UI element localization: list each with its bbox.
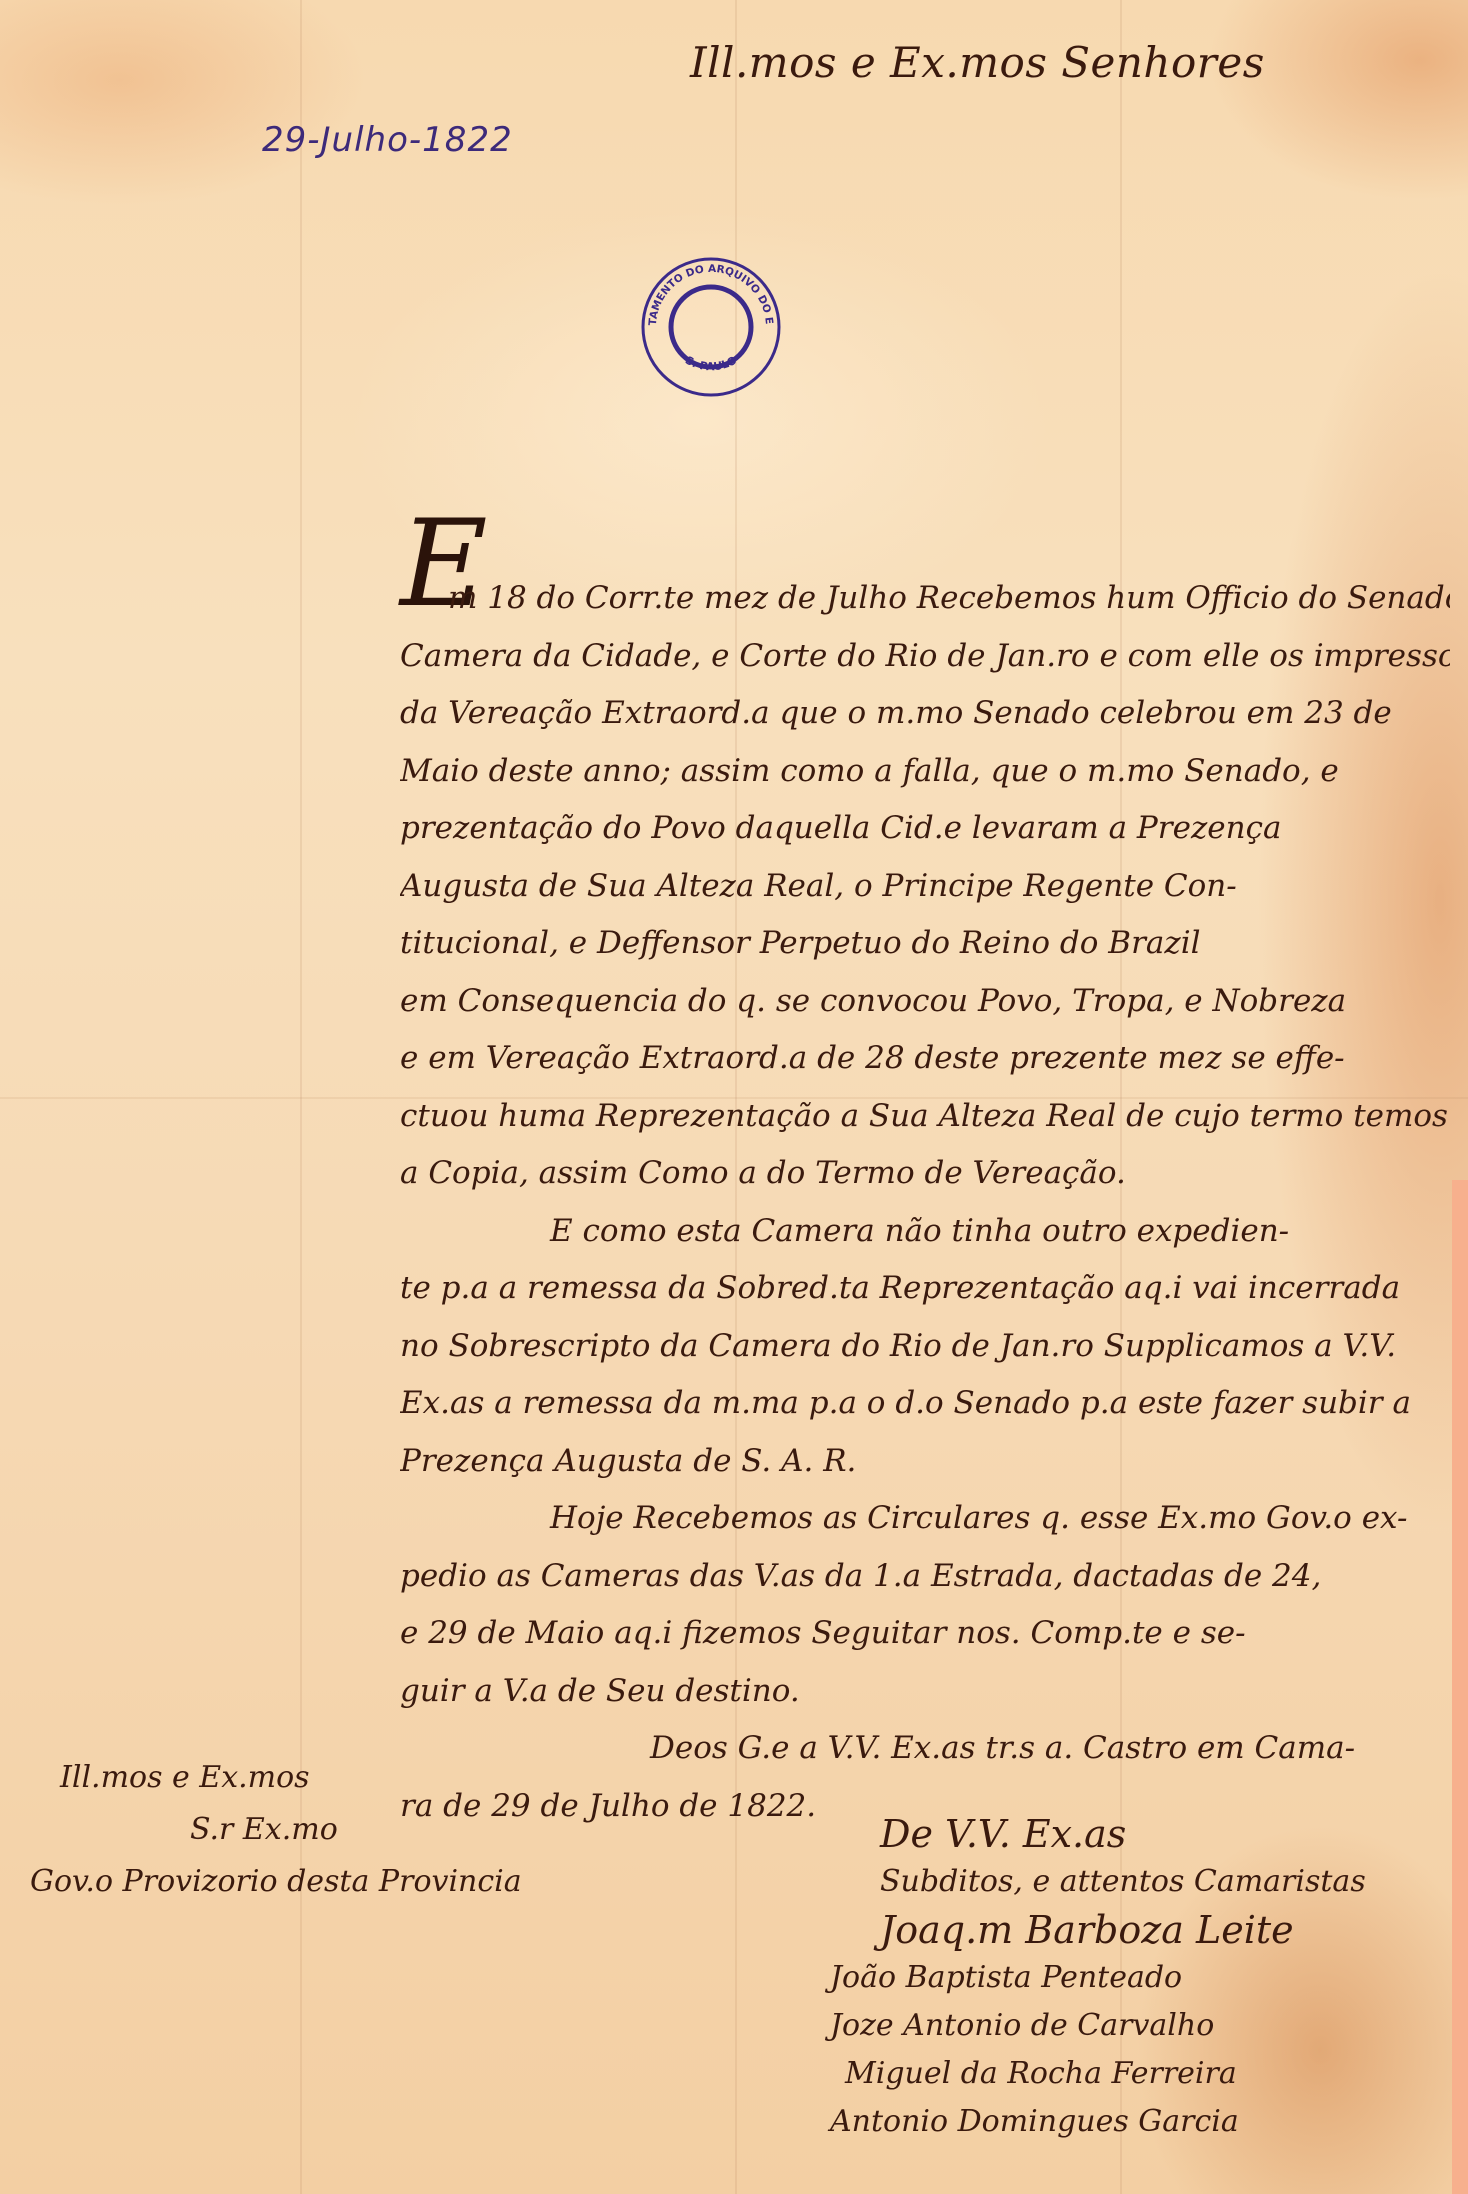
body-line: da Vereação Extraord.a que o m.mo Senado… (400, 685, 1450, 743)
body-line: em Consequencia do q. se convocou Povo, … (400, 973, 1450, 1031)
addressee-block: Ill.mos e Ex.mos S.r Ex.mo Gov.o Provizo… (30, 1752, 522, 1908)
signatory-name: Antonio Domingues Garcia (830, 2098, 1366, 2146)
body-line: prezentação do Povo daquella Cid.e levar… (400, 800, 1450, 858)
archive-date-annotation: 29-Julho-1822 (262, 120, 513, 160)
addressee-line: S.r Ex.mo (30, 1804, 522, 1856)
body-line: Ex.as a remessa da m.ma p.a o d.o Senado… (400, 1375, 1450, 1433)
signatory-name: Joaq.m Barboza Leite (830, 1906, 1366, 1954)
signatory-name: Miguel da Rocha Ferreira (830, 2050, 1366, 2098)
body-line: pedio as Cameras das V.as da 1.a Estrada… (400, 1548, 1450, 1606)
body-line: Deos G.e a V.V. Ex.as tr.s a. Castro em … (400, 1720, 1450, 1778)
body-line: Maio deste anno; assim como a falla, que… (400, 743, 1450, 801)
letter-body: m 18 do Corr.te mez de Julho Recebemos h… (400, 570, 1450, 1835)
body-line: Camera da Cidade, e Corte do Rio de Jan.… (400, 628, 1450, 686)
body-line: Augusta de Sua Alteza Real, o Principe R… (400, 858, 1450, 916)
body-line: e 29 de Maio aq.i fizemos Seguitar nos. … (400, 1605, 1450, 1663)
scan-edge-strip (1452, 1180, 1468, 2194)
addressee-line: Gov.o Provizorio desta Provincia (30, 1856, 522, 1908)
svg-text:· S. PAULO ·: · S. PAULO · (676, 350, 746, 374)
body-line: Hoje Recebemos as Circulares q. esse Ex.… (400, 1490, 1450, 1548)
body-line: m 18 do Corr.te mez de Julho Recebemos h… (400, 570, 1450, 628)
body-line: e em Vereação Extraord.a de 28 deste pre… (400, 1030, 1450, 1088)
signature-block: De V.V. Ex.as Subditos, e attentos Camar… (830, 1810, 1366, 2146)
body-line: titucional, e Deffensor Perpetuo do Rein… (400, 915, 1450, 973)
signatory-name: João Baptista Penteado (830, 1954, 1366, 2002)
stamp-bottom-text: · S. PAULO · (676, 350, 746, 374)
body-line: a Copia, assim Como a do Termo de Vereaç… (400, 1145, 1450, 1203)
addressee-line: Ill.mos e Ex.mos (30, 1752, 522, 1804)
archive-stamp-icon: DEPARTAMENTO DO ARQUIVO DO ESTADO · S. P… (636, 252, 786, 402)
body-line: te p.a a remessa da Sobred.ta Reprezenta… (400, 1260, 1450, 1318)
salutation: Ill.mos e Ex.mos Senhores (690, 38, 1265, 87)
body-line: guir a V.a de Seu destino. (400, 1663, 1450, 1721)
body-line: E como esta Camera não tinha outro exped… (400, 1203, 1450, 1261)
signatory-name: Joze Antonio de Carvalho (830, 2002, 1366, 2050)
body-line: no Sobrescripto da Camera do Rio de Jan.… (400, 1318, 1450, 1376)
body-line: Prezença Augusta de S. A. R. (400, 1433, 1450, 1491)
closing-line: De V.V. Ex.as (830, 1810, 1366, 1858)
closing-line: Subditos, e attentos Camaristas (830, 1858, 1366, 1906)
body-line: ctuou huma Reprezentação a Sua Alteza Re… (400, 1088, 1450, 1146)
